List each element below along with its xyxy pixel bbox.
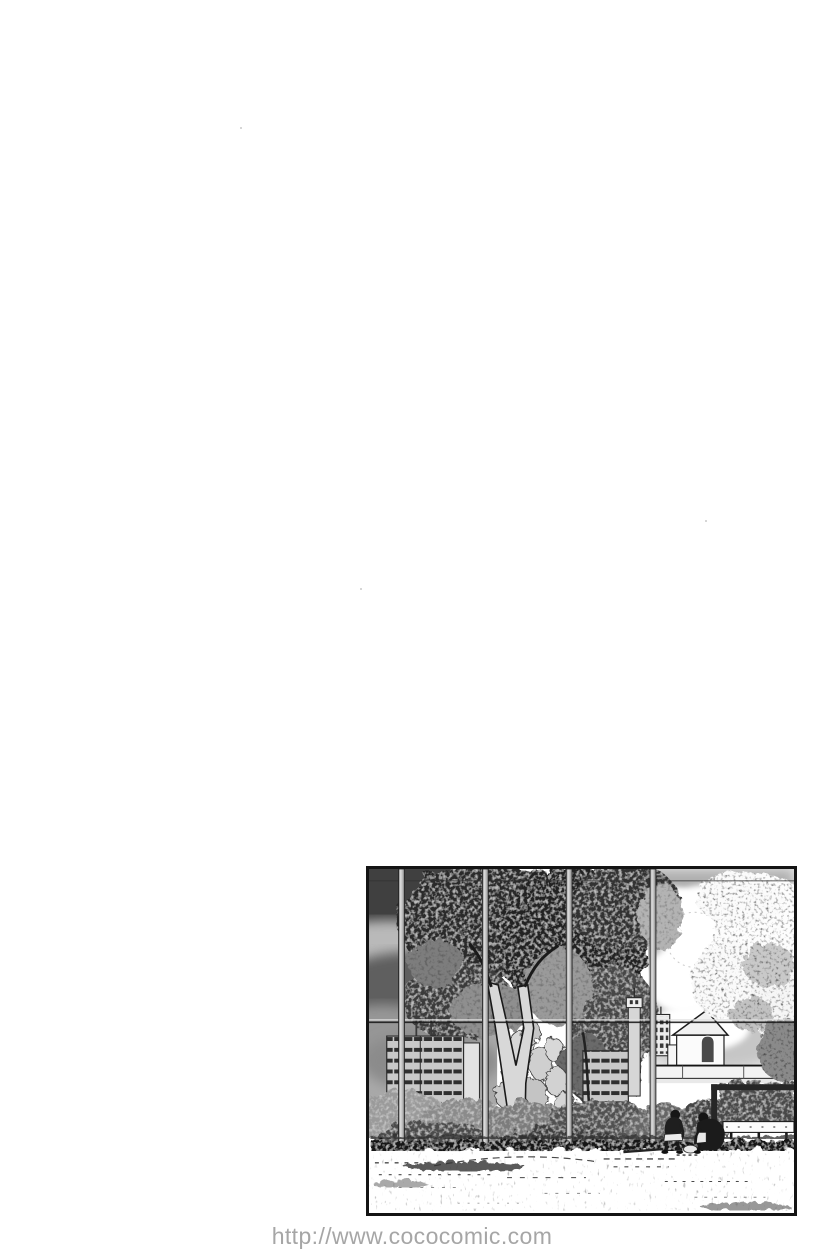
panel-artwork — [369, 869, 794, 1213]
scan-speck — [705, 520, 707, 522]
scan-speck — [360, 588, 362, 590]
manga-panel — [366, 866, 797, 1216]
watermark-url: http://www.cococomic.com — [0, 1223, 824, 1250]
scanned-comic-page: http://www.cococomic.com — [0, 0, 824, 1256]
field-edge — [369, 1134, 794, 1149]
scan-speck — [240, 127, 242, 129]
